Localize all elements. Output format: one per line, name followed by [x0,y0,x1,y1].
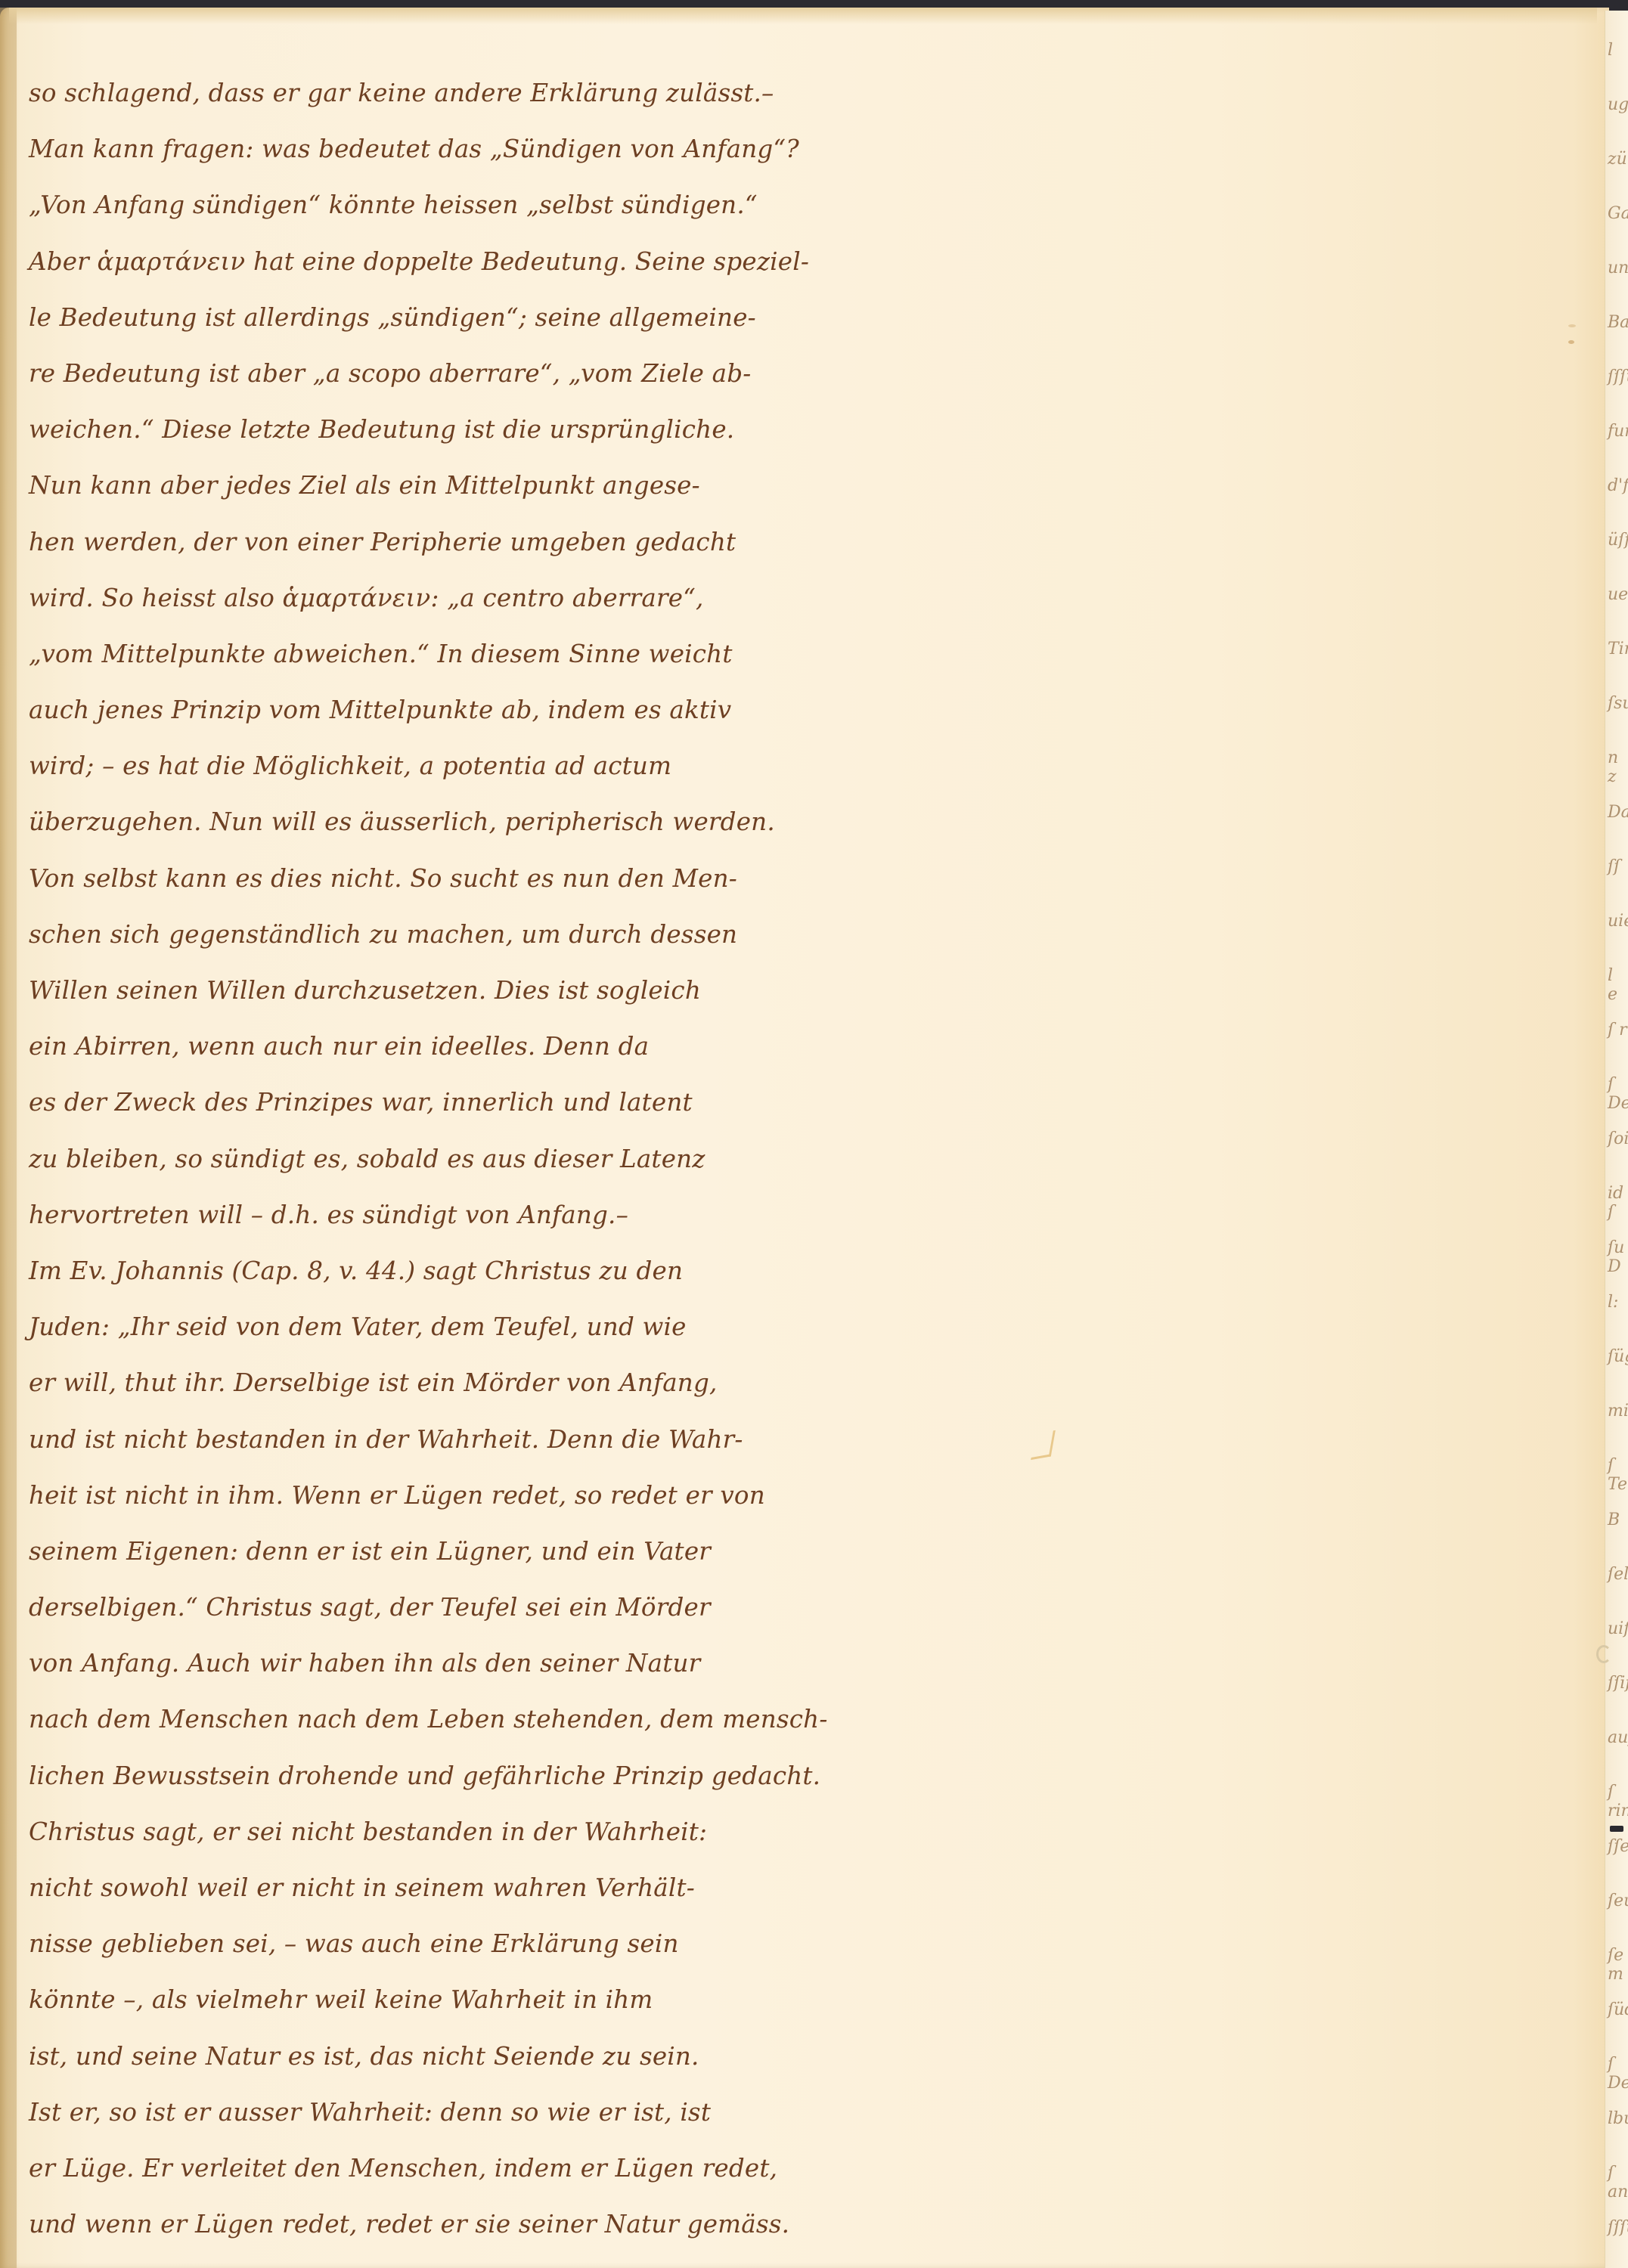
next-page-fragment: ſ Te [1608,1456,1628,1494]
next-page-fragment: auſ [1608,1728,1628,1747]
next-page-fragment: Bau [1608,313,1628,332]
text-line: Ist er, so ist er ausser Wahrheit: denn … [29,2084,849,2140]
next-page-fragment: B [1608,1510,1620,1529]
text-line: könnte –, als vielmehr weil keine Wahrhe… [29,1972,849,2028]
next-page-fragment: ſ r [1608,1021,1627,1039]
text-line: schen sich gegenständlich zu machen, um … [29,906,849,962]
text-line: heit ist nicht in ihm. Wenn er Lügen red… [29,1467,849,1523]
text-line: zu bleiben, so sündigt es, sobald es aus… [29,1131,849,1187]
text-line: nach dem Menschen nach dem Leben stehend… [29,1691,849,1747]
next-page-fragment: Tin [1608,640,1628,658]
next-page-fragment: lbu [1608,2109,1628,2128]
text-line: Juden: „Ihr seid von dem Vater, dem Teuf… [29,1299,849,1355]
next-page-edge: lugenzüGauundBauſſſufund'fiüſſeueTinſsue… [1605,11,1628,2268]
text-line: wird. So heisst also ἁμαρτάνειν: „a cent… [29,570,849,626]
next-page-fragment: l e [1608,966,1628,1004]
text-line: von Anfang. Auch wir haben ihn als den s… [29,1635,849,1691]
next-page-fragment: mi [1608,1402,1628,1421]
text-line: wird; – es hat die Möglichkeit, a potent… [29,738,849,794]
text-line: ein Abirren, wenn auch nur ein ideelles.… [29,1018,849,1074]
next-page-fragment: fun [1608,422,1628,441]
text-line: Man kann fragen: was bedeutet das „Sündi… [29,121,849,177]
text-line: nicht sowohl weil er nicht in seinem wah… [29,1860,849,1916]
page-top-edge [9,8,1597,24]
text-line: und ist nicht bestanden in der Wahrheit.… [29,1411,849,1467]
next-page-fragment: ſſſu [1608,367,1628,386]
next-page-fragment: ſſ [1608,857,1620,876]
next-page-fragment: d'fi [1608,476,1628,495]
next-page-fragment: ſ Det [1608,2055,1628,2093]
next-page-fragment: l [1608,41,1613,60]
text-line: derselbigen.“ Christus sagt, der Teufel … [29,1579,849,1635]
text-line: auch jenes Prinzip vom Mittelpunkte ab, … [29,682,849,738]
next-page-fragment: ſ rin [1608,1783,1628,1820]
text-line: Im Ev. Johannis (Cap. 8, v. 44.) sagt Ch… [29,1243,849,1299]
next-page-fragment: ſſiſ [1608,1674,1628,1693]
text-line: ist, und seine Natur es ist, das nicht S… [29,2028,849,2084]
text-line: nisse geblieben sei, – was auch eine Erk… [29,1916,849,1972]
next-page-fragment: uie [1608,912,1628,931]
next-page-fragment: ſoiſ [1608,1129,1628,1148]
next-page-fragment: ugen [1608,95,1628,114]
foxing-spot [1568,340,1574,344]
next-page-fragment: Gau [1608,204,1628,223]
next-page-fragment: üſſe [1608,531,1628,550]
next-page-fragment: ſ De [1608,1075,1628,1113]
next-page-fragment: ſel, [1608,1565,1628,1584]
next-page-fragment: ſu D [1608,1238,1628,1276]
next-page-fragment: ſſſu [1608,2218,1628,2237]
binding-clip [1610,1826,1623,1832]
text-line: hen werden, der von einer Peripherie umg… [29,514,849,570]
next-page-fragment: l: [1608,1293,1618,1312]
next-page-fragment: ſsue [1608,694,1628,713]
next-page-fragment: ſſet [1608,1837,1628,1856]
text-line: so schlagend, dass er gar keine andere E… [29,65,849,121]
handwritten-text-block: so schlagend, dass er gar keine andere E… [29,65,861,2252]
text-line: weichen.“ Diese letzte Bedeutung ist die… [29,401,849,457]
text-line: re Bedeutung ist aber „a scopo aberrare“… [29,345,849,401]
text-line: „Von Anfang sündigen“ könnte heissen „se… [29,177,849,233]
text-line: le Bedeutung ist allerdings „sündigen“; … [29,290,849,345]
text-line: er will, thut ihr. Derselbige ist ein Mö… [29,1355,849,1411]
next-page-fragment: uiſel [1608,1619,1628,1638]
next-page-fragment: ſeu [1608,1892,1628,1910]
foxing-spot [1568,324,1576,327]
text-line: es der Zweck des Prinzipes war, innerlic… [29,1074,849,1130]
text-line: „vom Mittelpunkte abweichen.“ In diesem … [29,626,849,682]
text-line: seinem Eigenen: denn er ist ein Lügner, … [29,1523,849,1579]
text-line: Willen seinen Willen durchzusetzen. Dies… [29,962,849,1018]
next-page-fragment: ſüdig [1608,2000,1628,2019]
text-line: lichen Bewusstsein drohende und gefährli… [29,1748,849,1804]
next-page-fragment: ſ an [1608,2164,1628,2201]
next-page-fragment: ue [1608,585,1628,604]
next-page-fragment: Da [1608,803,1628,822]
text-line: überzugehen. Nun will es äusserlich, per… [29,794,849,850]
text-line: Christus sagt, er sei nicht bestanden in… [29,1804,849,1860]
next-page-fragment: id ſ [1608,1184,1628,1222]
next-page-fragment: n z [1608,748,1628,786]
text-line: er Lüge. Er verleitet den Menschen, inde… [29,2140,849,2196]
next-page-fragment: ſüg [1608,1347,1628,1366]
next-page-fragment: und [1608,259,1628,277]
text-line: Aber ἁμαρτάνειν hat eine doppelte Bedeut… [29,234,849,290]
text-line: Nun kann aber jedes Ziel als ein Mittelp… [29,457,849,513]
text-line: und wenn er Lügen redet, redet er sie se… [29,2196,849,2252]
next-page-fragment: zü [1608,150,1627,169]
gutter-stain [0,8,17,2268]
next-page-fragment: ſe m [1608,1946,1628,1984]
binding-thread [1596,1645,1611,1663]
text-line: hervortreten will – d.h. es sündigt von … [29,1187,849,1243]
text-line: Von selbst kann es dies nicht. So sucht … [29,850,849,906]
